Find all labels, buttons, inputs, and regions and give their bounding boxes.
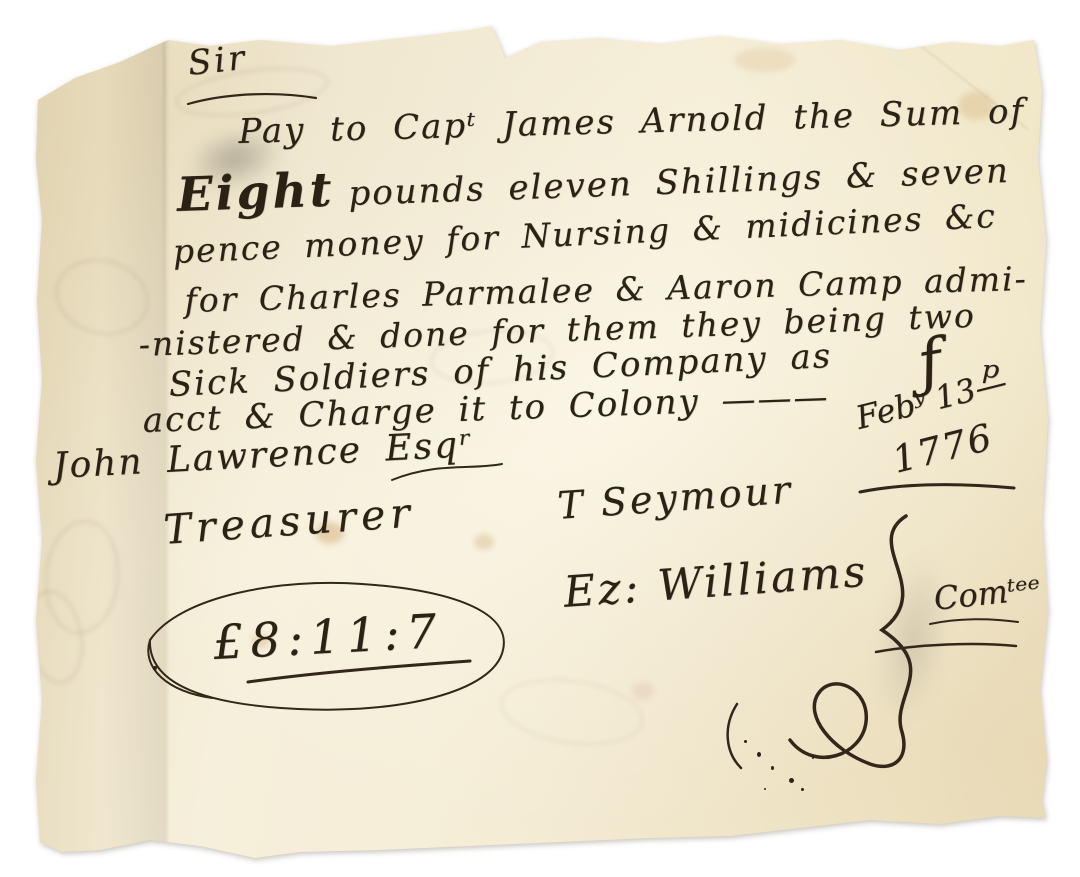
addressee-title: Treasurer bbox=[162, 488, 416, 553]
ink-spatter bbox=[812, 756, 814, 759]
foxing-stain bbox=[632, 682, 654, 700]
ink-spatter bbox=[764, 788, 766, 790]
foxing-stain bbox=[735, 48, 795, 72]
signature-seymour: T Seymour bbox=[556, 468, 794, 528]
ink-spot bbox=[153, 666, 157, 670]
showthrough-mark bbox=[496, 670, 648, 753]
amount-figures: £8:11:7 bbox=[212, 604, 445, 671]
ink-spatter bbox=[771, 766, 774, 770]
ink-spatter bbox=[789, 778, 794, 783]
committee-label: Comᵗᵉᵉ bbox=[932, 569, 1042, 618]
salutation: Sir bbox=[186, 38, 249, 84]
vertical-crease bbox=[163, 42, 165, 332]
ink-spatter bbox=[801, 788, 804, 791]
gray-streak bbox=[863, 547, 962, 731]
date-underline bbox=[860, 485, 1014, 492]
scan-background: Sir Pay to Capᵗ James Arnold the Sum of … bbox=[0, 0, 1080, 877]
document-paper: Sir Pay to Capᵗ James Arnold the Sum of … bbox=[0, 0, 1080, 877]
amount-word-emphasis: Eight bbox=[176, 163, 335, 223]
ink-spatter bbox=[757, 752, 761, 757]
spatter-arc bbox=[728, 704, 741, 768]
paper-shadow: Sir Pay to Capᵗ James Arnold the Sum of … bbox=[0, 0, 1080, 877]
signature-williams: Ez: Williams bbox=[562, 547, 870, 618]
ink-spatter bbox=[744, 740, 747, 743]
foxing-stain bbox=[474, 534, 494, 550]
